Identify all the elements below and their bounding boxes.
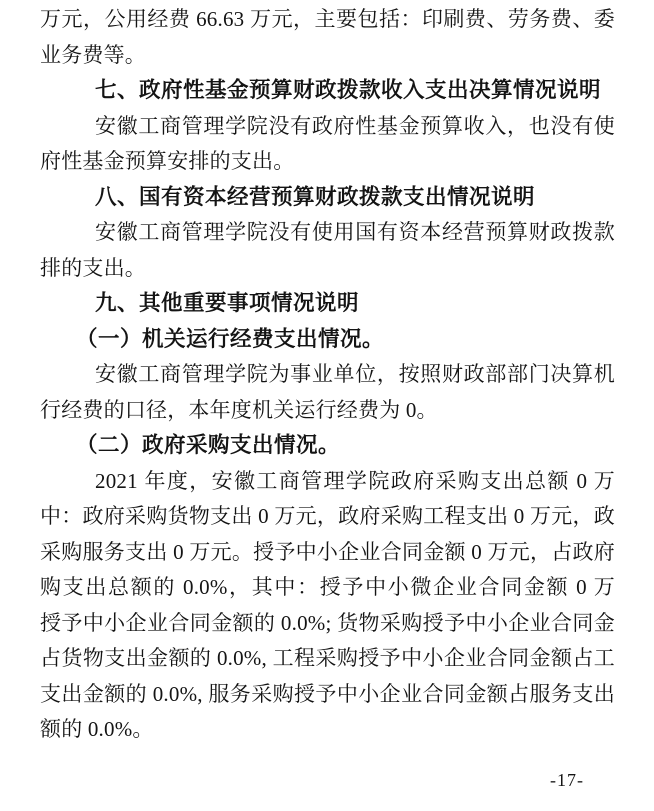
sub-heading: （一）机关运行经费支出情况。 — [40, 322, 615, 358]
text-line: 排的支出。 — [40, 251, 615, 287]
text-line: 支出金额的 0.0%, 服务采购授予中小企业合同金额占服务支出金 — [40, 677, 615, 713]
text-line: 购支出总额的 0.0%，其中：授予中小微企业合同金额 0 万元，占 — [40, 570, 615, 606]
text-line: 安徽工商管理学院为事业单位，按照财政部部门决算机关运 — [40, 357, 615, 393]
text-line: 2021 年度，安徽工商管理学院政府采购支出总额 0 万元，其 — [40, 464, 615, 500]
text-line: 占货物支出金额的 0.0%, 工程采购授予中小企业合同金额占工程 — [40, 641, 615, 677]
text-line: 采购服务支出 0 万元。授予中小企业合同金额 0 万元，占政府采 — [40, 535, 615, 571]
text-line: 万元，公用经费 66.63 万元，主要包括：印刷费、劳务费、委托 — [40, 2, 615, 38]
text-line: 安徽工商管理学院没有使用国有资本经营预算财政拨款安 — [40, 215, 615, 251]
text-line: 中：政府采购货物支出 0 万元，政府采购工程支出 0 万元，政府 — [40, 499, 615, 535]
text-line: 额的 0.0%。 — [40, 712, 615, 748]
text-line: 安徽工商管理学院没有政府性基金预算收入，也没有使用政 — [40, 109, 615, 145]
page-number: -17- — [550, 770, 584, 791]
document-body: 万元，公用经费 66.63 万元，主要包括：印刷费、劳务费、委托业务费等。七、政… — [40, 2, 615, 748]
text-line: 行经费的口径，本年度机关运行经费为 0。 — [40, 393, 615, 429]
section-heading: 九、其他重要事项情况说明 — [40, 286, 615, 322]
section-heading: 七、政府性基金预算财政拨款收入支出决算情况说明 — [40, 73, 615, 109]
text-line: 业务费等。 — [40, 38, 615, 74]
document-page: 万元，公用经费 66.63 万元，主要包括：印刷费、劳务费、委托业务费等。七、政… — [0, 0, 654, 811]
section-heading: 八、国有资本经营预算财政拨款支出情况说明 — [40, 180, 615, 216]
text-line: 府性基金预算安排的支出。 — [40, 144, 615, 180]
sub-heading: （二）政府采购支出情况。 — [40, 428, 615, 464]
text-line: 授予中小企业合同金额的 0.0%; 货物采购授予中小企业合同金额 — [40, 606, 615, 642]
